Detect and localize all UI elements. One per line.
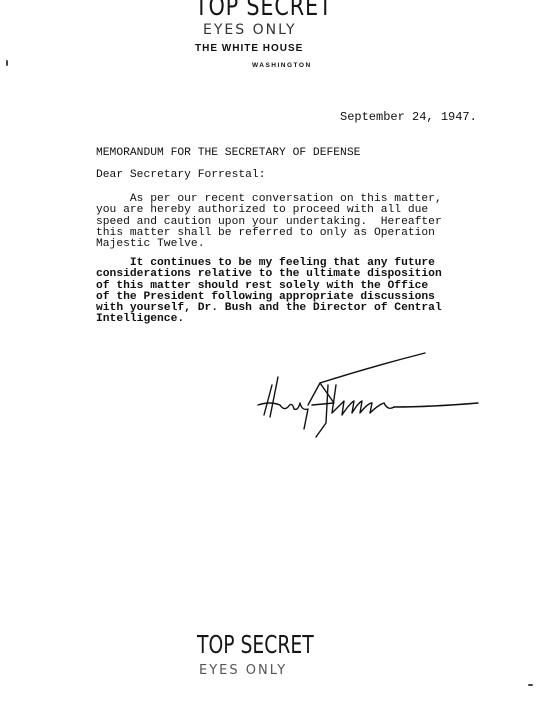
eyes-only-stamp-bottom: EYES ONLY (199, 663, 287, 678)
eyes-only-stamp-top: EYES ONLY (203, 22, 297, 38)
scan-speck (6, 60, 8, 66)
scan-speck (528, 684, 533, 686)
memo-heading: MEMORANDUM FOR THE SECRETARY OF DEFENSE (96, 148, 360, 159)
letter-date: September 24, 1947. (340, 112, 477, 123)
paragraph-1: As per our recent conversation on this m… (96, 194, 442, 250)
salutation: Dear Secretary Forrestal: (96, 170, 265, 181)
letterhead-city: WASHINGTON (252, 62, 312, 69)
top-secret-stamp-bottom: TOP SECRET (197, 630, 314, 659)
top-secret-stamp-top: TOP SECRET (195, 0, 332, 22)
paragraph-2: It continues to be my feeling that any f… (96, 258, 442, 326)
signature (250, 345, 510, 455)
letterhead-office: THE WHITE HOUSE (195, 43, 303, 54)
